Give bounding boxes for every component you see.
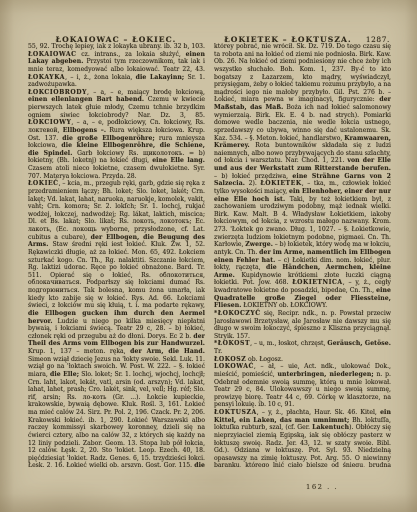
entry-paragraph: LOKOWAĆ, – ał, – uie, Act. ndk., ulokowa… (214, 363, 391, 409)
entry-headword: LOKOWAĆ (214, 363, 254, 370)
body-text: , – y, ż., płachta, Haur. Sk. 46. Kitel, (257, 409, 380, 416)
running-header: ŁOKAIOWAC – ŁOKIEC. ŁOKIETEK – ŁOKTUSZA.… (28, 27, 390, 39)
body-text: Staw średni ręki iest łokieć. Kluk. Zw. … (28, 241, 205, 309)
german-gloss: der Arm, die Hand. (130, 348, 205, 355)
entry-headword: ŁOKIETNICA (292, 279, 342, 286)
body-text: Tr. (214, 348, 222, 355)
left-col: 55, 92. Trochę lepiey, iak z lokayka ubr… (28, 43, 205, 467)
body-text: 2). (245, 180, 260, 187)
body-text: Ludzie u niego po kilka miesięcy niepłat… (28, 318, 205, 340)
body-text: Krup. 1, 137 – meton. ręka, (28, 348, 130, 355)
entry-headword: ŁOKCIOBRODY (28, 89, 87, 96)
entry-paragraph: którey pobrać, nie wrócił. Sk. Dz. 719. … (214, 43, 391, 310)
body-text: , – a, – e, maiący brodę łokciową, (87, 89, 205, 96)
german-gloss: Lakentuch (312, 424, 349, 431)
entry-headword: ŁOKCIOWY (28, 119, 71, 126)
entry-headword: *ŁOKOCZYĆ (214, 310, 261, 317)
entry-headword: ŁOKTUSZA (214, 409, 257, 416)
body-text: cz. intrans., za lokaia służyć, (77, 51, 186, 58)
body-text: Czasem atoli nieco łokietne, czasem dwuł… (28, 165, 205, 180)
signature-mark: 162 . . (306, 483, 338, 491)
body-text: – b) łokieć przędziwa, (214, 173, 292, 180)
body-text: , – i, ż., żona lokaia, (65, 74, 136, 81)
body-text: którey pobrać, nie wrócił. Sk. Dz. 719. … (214, 43, 391, 103)
body-text: 55, 92. Trochę lepiey, iak z lokayka ubr… (28, 43, 205, 50)
entry-paragraph: *ŁOKOST, – u, m., łoskot, chrzęst, Geräu… (214, 340, 391, 355)
entry-headword: ŁOKOSZ (214, 356, 246, 363)
dictionary-page-scan: ŁOKAIOWAC – ŁOKIEC. ŁOKIETEK – ŁOKTUSZA.… (0, 0, 417, 512)
german-gloss: die Lakayinn; (136, 74, 185, 81)
body-text: Slo. loket; Sr. 1. lochcj, wjochcj, loch… (28, 371, 205, 467)
body-text: ŁOKIETNY ob. ŁOKCIOWY. (242, 302, 328, 309)
entry-headword: ŁOKAIOWAC (28, 51, 77, 58)
entry-headword: ŁOKIEĆ (28, 180, 59, 187)
entry-paragraph: ŁOKIEĆ, – kcia, m., przegub ręki, garb, … (28, 180, 205, 467)
german-gloss: Ellbogens –. (63, 127, 106, 134)
german-gloss: eine Elle lang. (152, 157, 205, 164)
entry-headword: ŁOKAYKA (28, 74, 65, 81)
entry-headword: ŁOKIETEK (260, 180, 301, 187)
german-gloss: Zwerge. (245, 241, 273, 248)
entry-paragraph: ŁOKTUSZA, – y, ż., płachta, Haur. Sk. 46… (214, 409, 391, 467)
german-gloss: einen ellenlangen Bart habend. (28, 96, 144, 103)
entry-headword: *ŁOKOST (214, 340, 250, 347)
entry-paragraph: ŁOKCIOBRODY, – a, – e, maiący brodę łokc… (28, 89, 205, 181)
german-gloss: unterbringen, niederlegen; (277, 371, 373, 378)
entry-paragraph: *ŁOKOCZYĆ się, Recipr. ndk., n. p. Powst… (214, 310, 391, 341)
right-col: którey pobrać, nie wrócił. Sk. Dz. 719. … (214, 43, 391, 467)
body-text: , – kcia, m., przegub ręki, garb, gdzie … (28, 180, 205, 240)
german-gloss: die große Ellbogenröhre; (62, 135, 155, 142)
body-text: , – u, m., łoskot, chrzęst, (250, 340, 327, 347)
entry-paragraph: 55, 92. Trochę lepiey, iak z lokayka ubr… (28, 43, 205, 89)
german-gloss: die Elle; (50, 371, 79, 378)
body-text: ob. Łogosz. (246, 356, 283, 363)
german-gloss: Geräusch, Getöse. (327, 340, 391, 347)
